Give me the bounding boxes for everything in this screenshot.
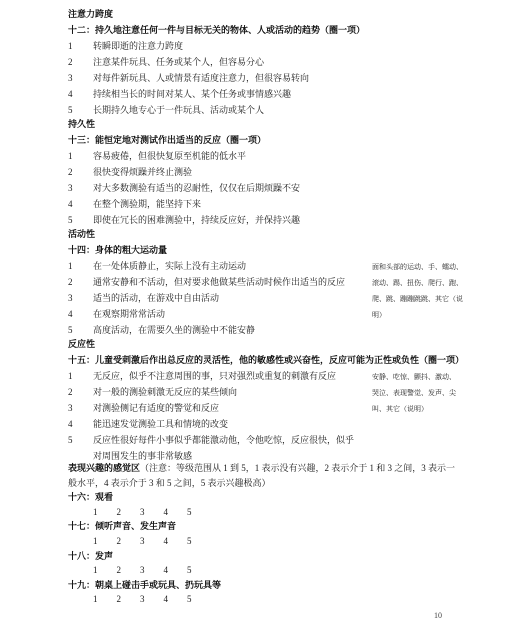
scale-item: 3 对每件新玩具、人或情景有适度注意力，但很容易转向 (68, 70, 508, 86)
subsection-title-vocalizing: 十八：发声 (68, 549, 518, 564)
item-text: 对测验侧记有适度的警觉和反应 (93, 400, 219, 416)
subsection-title-watching: 十六：观看 (68, 490, 518, 505)
section-title: 十四：身体的粗大运动量 (68, 242, 508, 258)
interest-heading-bold: 表现兴趣的感觉区 (68, 463, 140, 473)
section-category: 持久性 (68, 116, 508, 132)
rating-1: 1 (93, 534, 117, 549)
note-line: 安静、吃惊、颤抖、激动、 (372, 369, 472, 385)
item-number: 3 (68, 290, 93, 306)
item-number: 4 (68, 86, 93, 102)
scale-item: 4 在整个测验期，能坚持下来 (68, 196, 508, 212)
item-text: 在一处体质静止，实际上没有主动运动 (93, 258, 246, 274)
rating-4: 4 (164, 534, 188, 549)
subsection-title-listening: 十七：倾听声音、发生声音 (68, 519, 518, 534)
item-text: 在观察期常常活动 (93, 306, 165, 322)
rating-5: 5 (187, 563, 211, 578)
item-number: 3 (68, 70, 93, 86)
scale-item: 1 转瞬即逝的注意力跨度 (68, 38, 508, 54)
section-title: 十五：儿童受刺激后作出总反应的灵活性，他的敏感性或兴奋性，反应可能为正性或负性（… (68, 352, 508, 368)
rating-3: 3 (140, 592, 164, 607)
scale-item: 5 反应性很好每件小事似乎都能激动他，令他吃惊，反应很快，似乎 (68, 432, 508, 448)
reaction-types-note: 安静、吃惊、颤抖、激动、 哭泣、表现警觉、发声、尖 叫、其它（说明） (372, 369, 472, 417)
item-number: 5 (68, 432, 93, 448)
section-category: 反应性 (68, 336, 508, 352)
note-line: 爬、跳、蹦蹦跳跳、其它（说 (372, 291, 472, 307)
item-number: 4 (68, 306, 93, 322)
item-text: 在整个测验期，能坚持下来 (93, 196, 201, 212)
rating-5: 5 (187, 592, 211, 607)
activity-types-note: 面和头部的运动、手、蠕动、 滚动、踢、扭伤、爬行、跑、 爬、跳、蹦蹦跳跳、其它（… (372, 259, 472, 323)
item-text: 对一般的测验刺激无反应的某些倾向 (93, 384, 237, 400)
rating-scale-row: 1 2 3 4 5 (68, 563, 518, 578)
item-number: 3 (68, 180, 93, 196)
rating-2: 2 (117, 505, 141, 520)
rating-2: 2 (117, 534, 141, 549)
section-attention-span: 注意力跨度 十二：持久地注意任何一件与目标无关的物体、人或活动的趋势（圈一项） … (68, 6, 508, 118)
rating-3: 3 (140, 534, 164, 549)
scale-item: 2 很快变得烦躁并终止测验 (68, 164, 508, 180)
item-text: 通常安静和不活动，但对要求他做某些活动时候作出适当的反应 (93, 274, 345, 290)
rating-4: 4 (164, 505, 188, 520)
rating-1: 1 (93, 563, 117, 578)
item-number: 2 (68, 164, 93, 180)
item-text: 很快变得烦躁并终止测验 (93, 164, 192, 180)
scale-item: 4 持续相当长的时间对某人、某个任务或事情感兴趣 (68, 86, 508, 102)
rating-scale-row: 1 2 3 4 5 (68, 534, 518, 549)
rating-1: 1 (93, 592, 117, 607)
interest-heading-line1: 表现兴趣的感觉区（注意：等级范围从 1 到 5，1 表示没有兴趣，2 表示介于 … (68, 461, 518, 476)
item-number: 4 (68, 196, 93, 212)
rating-1: 1 (93, 505, 117, 520)
rating-3: 3 (140, 505, 164, 520)
page-number: 10 (434, 611, 442, 620)
item-text: 持续相当长的时间对某人、某个任务或事情感兴趣 (93, 86, 291, 102)
document-page: 注意力跨度 十二：持久地注意任何一件与目标无关的物体、人或活动的趋势（圈一项） … (0, 0, 520, 623)
note-line: 面和头部的运动、手、蠕动、 (372, 259, 472, 275)
item-number: 1 (68, 368, 93, 384)
note-line: 明） (372, 307, 472, 323)
rating-2: 2 (117, 592, 141, 607)
item-text: 容易疲倦，但很快复原至机能的低水平 (93, 148, 246, 164)
scale-item: 4 能迅速发觉测验工具和情境的改变 (68, 416, 508, 432)
item-text: 适当的活动，在游戏中自由活动 (93, 290, 219, 306)
note-line: 叫、其它（说明） (372, 401, 472, 417)
scale-item: 2 注意某件玩具、任务或某个人，但容易分心 (68, 54, 508, 70)
subsection-title-banging: 十九：朝桌上碰击手或玩具、扔玩具等 (68, 578, 518, 593)
note-line: 哭泣、表现警觉、发声、尖 (372, 385, 472, 401)
item-number: 1 (68, 148, 93, 164)
item-text: 反应性很好每件小事似乎都能激动他，令他吃惊，反应很快，似乎 (93, 432, 354, 448)
rating-4: 4 (164, 563, 188, 578)
item-text: 转瞬即逝的注意力跨度 (93, 38, 183, 54)
note-line: 滚动、踢、扭伤、爬行、跑、 (372, 275, 472, 291)
item-number: 2 (68, 274, 93, 290)
item-text: 对大多数测验有适当的忍耐性，仅仅在后期烦躁不安 (93, 180, 300, 196)
scale-item: 1 容易疲倦，但很快复原至机能的低水平 (68, 148, 508, 164)
item-number: 4 (68, 416, 93, 432)
rating-4: 4 (164, 592, 188, 607)
rating-5: 5 (187, 505, 211, 520)
section-title: 十二：持久地注意任何一件与目标无关的物体、人或活动的趋势（圈一项） (68, 22, 508, 38)
rating-3: 3 (140, 563, 164, 578)
rating-scale-row: 1 2 3 4 5 (68, 592, 518, 607)
item-number: 2 (68, 54, 93, 70)
interest-heading-note: （注意：等级范围从 1 到 5，1 表示没有兴趣，2 表示介于 1 和 3 之间… (140, 463, 455, 473)
item-number: 2 (68, 384, 93, 400)
scale-item: 3 对大多数测验有适当的忍耐性，仅仅在后期烦躁不安 (68, 180, 508, 196)
item-number: 1 (68, 258, 93, 274)
rating-scale-row: 1 2 3 4 5 (68, 505, 518, 520)
rating-5: 5 (187, 534, 211, 549)
item-number: 3 (68, 400, 93, 416)
section-title: 十三：能恒定地对测试作出适当的反应（圈一项） (68, 132, 508, 148)
section-sensory-interest: 表现兴趣的感觉区（注意：等级范围从 1 到 5，1 表示没有兴趣，2 表示介于 … (68, 461, 518, 607)
section-category: 注意力跨度 (68, 6, 508, 22)
rating-2: 2 (117, 563, 141, 578)
section-category: 活动性 (68, 226, 508, 242)
interest-heading-line2: 般水平，4 表示介于 3 和 5 之间，5 表示兴趣极高） (68, 476, 518, 491)
item-text: 无反应，似乎不注意周围的事，只对强烈或重复的刺激有反应 (93, 368, 336, 384)
item-text: 对每件新玩具、人或情景有适度注意力，但很容易转向 (93, 70, 309, 86)
item-number: 1 (68, 38, 93, 54)
item-text: 能迅速发觉测验工具和情境的改变 (93, 416, 228, 432)
item-text: 注意某件玩具、任务或某个人，但容易分心 (93, 54, 264, 70)
section-persistence: 持久性 十三：能恒定地对测试作出适当的反应（圈一项） 1 容易疲倦，但很快复原至… (68, 116, 508, 228)
